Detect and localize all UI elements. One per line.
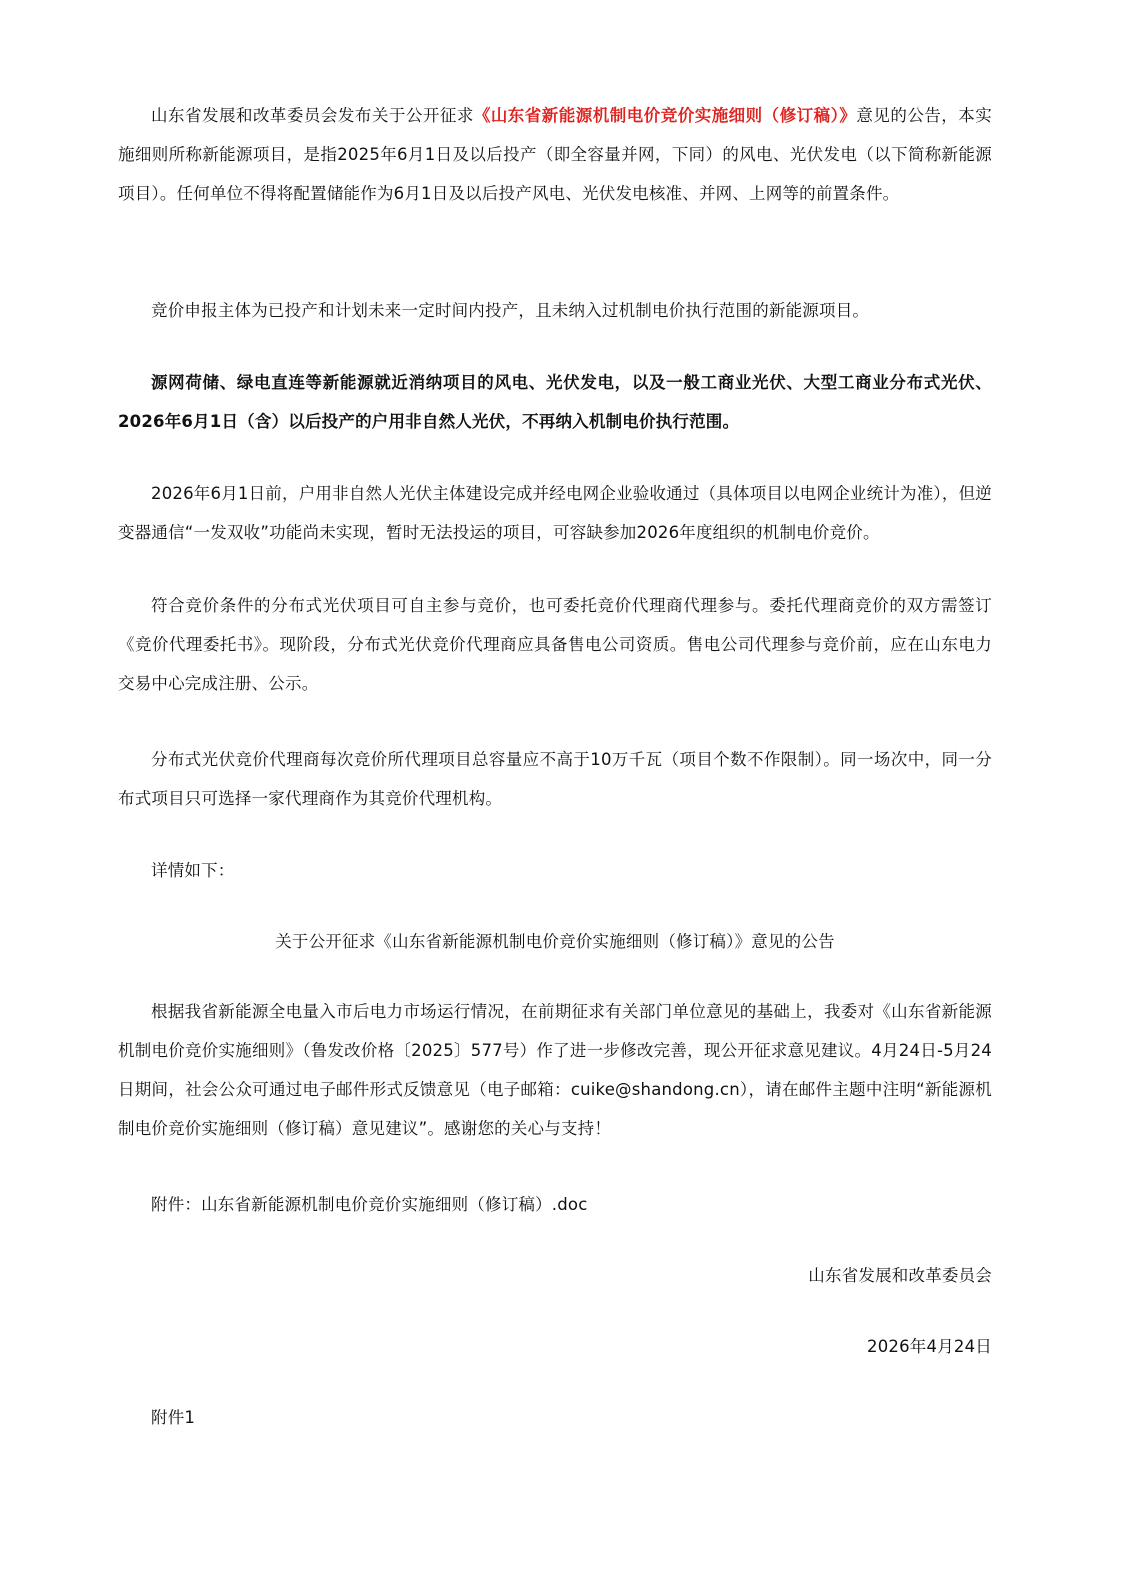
intro-prefix: 山东省发展和改革委员会发布关于公开征求 bbox=[151, 106, 474, 125]
capacity-limit-paragraph: 分布式光伏竞价代理商每次竞价所代理项目总容量应不高于10万千瓦（项目个数不作限制… bbox=[118, 740, 992, 818]
attachment-label: 附件1 bbox=[118, 1398, 992, 1437]
agent-paragraph: 符合竞价条件的分布式光伏项目可自主参与竞价，也可委托竞价代理商代理参与。委托代理… bbox=[118, 586, 992, 703]
attachment-line[interactable]: 附件：山东省新能源机制电价竞价实施细则（修订稿）.doc bbox=[118, 1185, 992, 1224]
regulation-title-highlight: 《山东省新能源机制电价竞价实施细则（修订稿）》 bbox=[474, 106, 857, 125]
exclusion-paragraph: 源网荷储、绿电直连等新能源就近消纳项目的风电、光伏发电，以及一般工商业光伏、大型… bbox=[118, 363, 992, 441]
household-pv-paragraph: 2026年6月1日前，户用非自然人光伏主体建设完成并经电网企业验收通过（具体项目… bbox=[118, 474, 992, 552]
details-label: 详情如下： bbox=[118, 851, 992, 890]
notice-body: 根据我省新能源全电量入市后电力市场运行情况，在前期征求有关部门单位意见的基础上，… bbox=[118, 992, 992, 1148]
bidding-subject-paragraph: 竞价申报主体为已投产和计划未来一定时间内投产，且未纳入过机制电价执行范围的新能源… bbox=[118, 291, 992, 330]
date: 2026年4月24日 bbox=[118, 1327, 992, 1366]
intro-paragraph: 山东省发展和改革委员会发布关于公开征求《山东省新能源机制电价竞价实施细则（修订稿… bbox=[118, 96, 992, 213]
notice-title: 关于公开征求《山东省新能源机制电价竞价实施细则（修订稿）》意见的公告 bbox=[118, 922, 992, 961]
signature: 山东省发展和改革委员会 bbox=[118, 1256, 992, 1295]
